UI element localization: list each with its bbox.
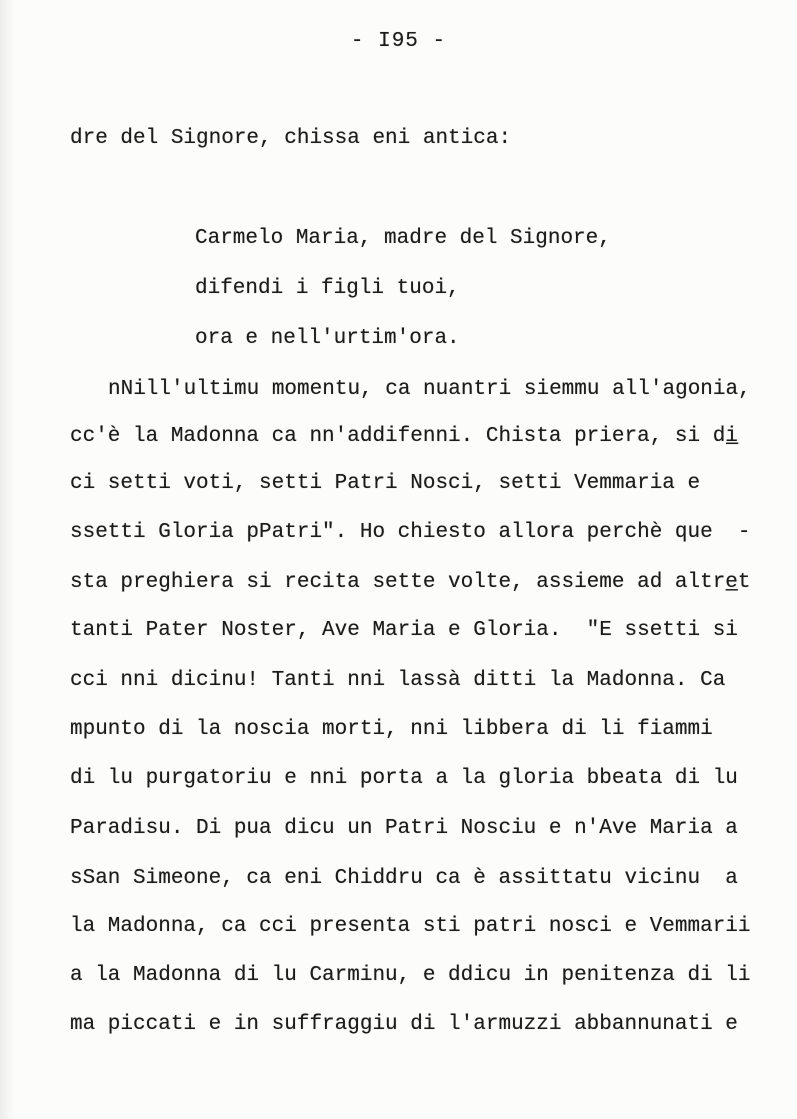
body-line: mpunto di la noscia morti, nni libbera d… bbox=[70, 717, 713, 743]
verse-line: difendi i figli tuoi, bbox=[195, 276, 460, 302]
body-line: ssetti Gloria pPatri". Ho chiesto allora… bbox=[70, 520, 751, 546]
page-number: - I95 - bbox=[0, 30, 797, 53]
body-line: la Madonna, ca cci presenta sti patri no… bbox=[70, 914, 751, 940]
body-line: cc'è la Madonna ca nn'addifenni. Chista … bbox=[70, 424, 738, 450]
verse-line: Carmelo Maria, madre del Signore, bbox=[195, 226, 611, 252]
body-line: ci setti voti, setti Patri Nosci, setti … bbox=[70, 471, 700, 497]
body-line: Paradisu. Di pua dicu un Patri Nosciu e … bbox=[70, 816, 738, 842]
body-line: sSan Simeone, ca eni Chiddru ca è assitt… bbox=[70, 866, 738, 892]
body-line: sta preghiera si recita sette volte, ass… bbox=[70, 570, 751, 596]
body-line: nNill'ultimu momentu, ca nuantri siemmu … bbox=[108, 377, 751, 403]
body-line: tanti Pater Noster, Ave Maria e Gloria. … bbox=[70, 618, 738, 644]
body-line: cci nni dicinu! Tanti nni lassà ditti la… bbox=[70, 668, 725, 694]
body-line: a la Madonna di lu Carminu, e ddicu in p… bbox=[70, 963, 751, 989]
body-line: ma piccati e in suffraggiu di l'armuzzi … bbox=[70, 1012, 738, 1038]
body-line: di lu purgatoriu e nni porta a la gloria… bbox=[70, 766, 738, 792]
typewritten-document-page: - I95 - dre del Signore, chissa eni anti… bbox=[0, 0, 797, 1119]
verse-line: ora e nell'urtim'ora. bbox=[195, 326, 460, 352]
text-line-intro: dre del Signore, chissa eni antica: bbox=[70, 126, 511, 152]
